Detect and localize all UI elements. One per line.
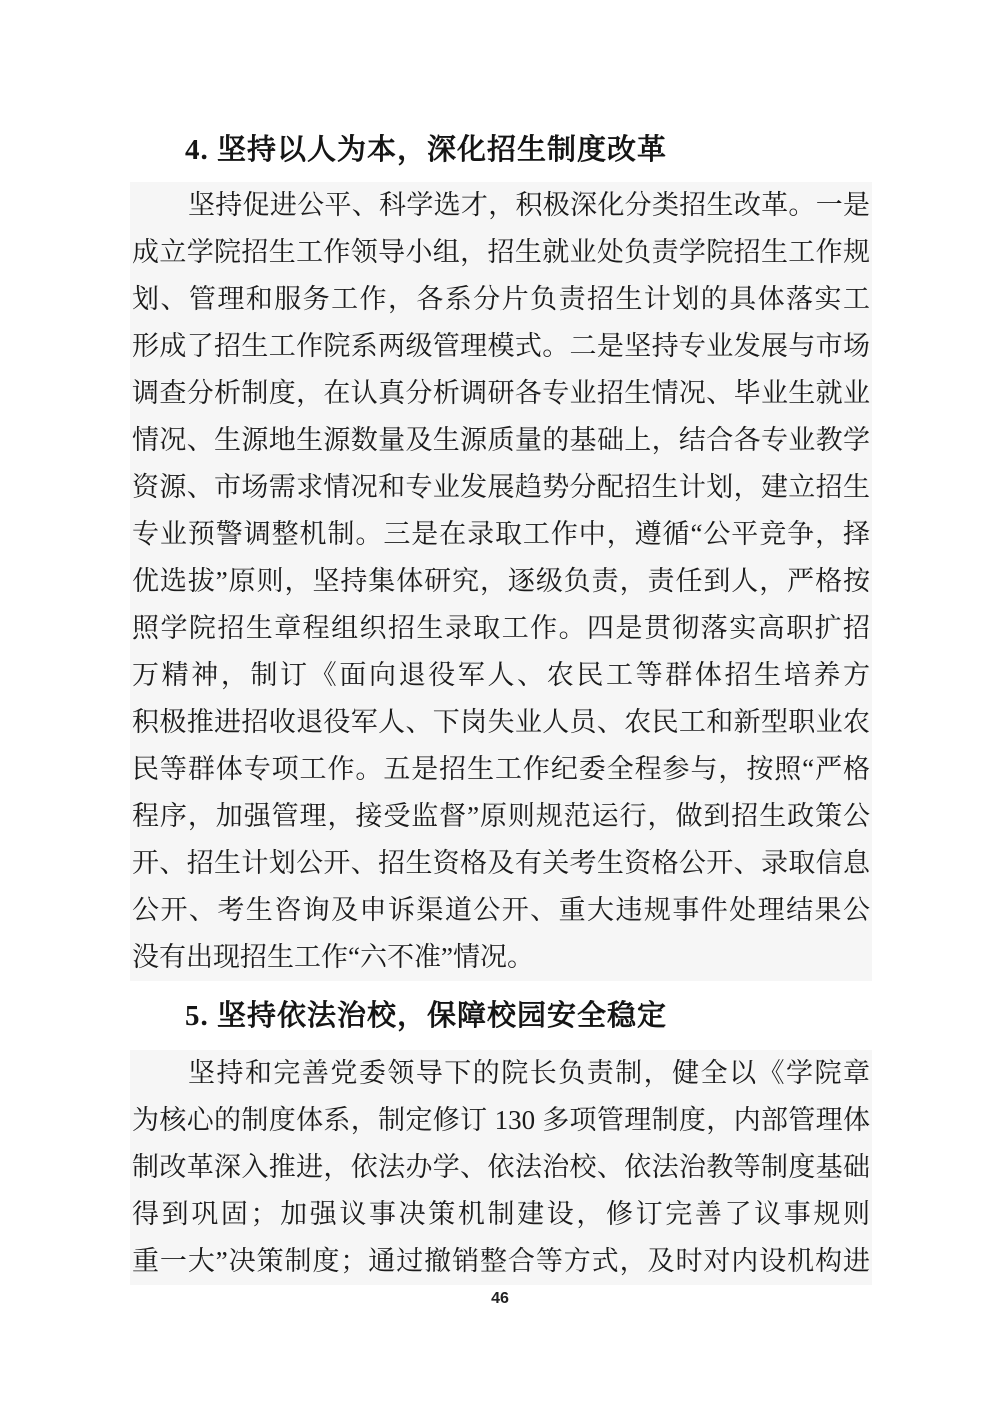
- text-line: 公开、考生咨询及申诉渠道公开、重大违规事件处理结果公开，: [132, 887, 870, 934]
- text-line: 坚持和完善党委领导下的院长负责制，健全以《学院章程》: [132, 1050, 870, 1097]
- text-line: 照学院招生章程组织招生录取工作。四是贯彻落实高职扩招 100: [132, 605, 870, 652]
- text-line: 坚持促进公平、科学选才，积极深化分类招生改革。一是: [132, 182, 870, 229]
- section-heading-5: 5. 坚持依法治校，保障校园安全稳定: [133, 1000, 870, 1032]
- paragraph-block-1: 坚持促进公平、科学选才，积极深化分类招生改革。一是成立学院招生工作领导小组，招生…: [130, 182, 872, 981]
- text-line: 划、管理和服务工作，各系分片负责招生计划的具体落实工作，: [132, 276, 870, 323]
- text-line: 开、招生计划公开、招生资格及有关考生资格公开、录取信息: [132, 840, 870, 887]
- text-line: 优选拔”原则，坚持集体研究，逐级负责，责任到人，严格按: [132, 558, 870, 605]
- document-page: 4. 坚持以人为本，深化招生制度改革 坚持促进公平、科学选才，积极深化分类招生改…: [0, 0, 1000, 1414]
- text-line: 制改革深入推进，依法办学、依法治校、依法治教等制度基础: [132, 1144, 870, 1191]
- text-line: 成立学院招生工作领导小组，招生就业处负责学院招生工作规: [132, 229, 870, 276]
- text-line: 专业预警调整机制。三是在录取工作中，遵循“公平竞争，择: [132, 511, 870, 558]
- text-line: 程序，加强管理，接受监督”原则规范运行，做到招生政策公: [132, 793, 870, 840]
- text-line: 为核心的制度体系，制定修订 130 多项管理制度，内部管理体: [132, 1097, 870, 1144]
- section-heading-4: 4. 坚持以人为本，深化招生制度改革: [133, 134, 870, 166]
- text-line: 形成了招生工作院系两级管理模式。二是坚持专业发展与市场: [132, 323, 870, 370]
- text-line: 资源、市场需求情况和专业发展趋势分配招生计划，建立招生: [132, 464, 870, 511]
- text-line: 得到巩固；加强议事决策机制建设，修订完善了议事规则和“三: [132, 1191, 870, 1238]
- text-line: 调查分析制度，在认真分析调研各专业招生情况、毕业生就业: [132, 370, 870, 417]
- text-line: 没有出现招生工作“六不准”情况。: [132, 934, 870, 981]
- paragraph-block-2: 坚持和完善党委领导下的院长负责制，健全以《学院章程》为核心的制度体系，制定修订 …: [130, 1050, 872, 1285]
- page-number: 46: [0, 1290, 1000, 1308]
- text-line: 万精神，制订《面向退役军人、农民工等群体招生培养方案》，: [132, 652, 870, 699]
- text-line: 重一大”决策制度；通过撤销整合等方式，及时对内设机构进: [132, 1238, 870, 1285]
- text-line: 积极推进招收退役军人、下岗失业人员、农民工和新型职业农: [132, 699, 870, 746]
- text-line: 情况、生源地生源数量及生源质量的基础上，结合各专业教学: [132, 417, 870, 464]
- text-line: 民等群体专项工作。五是招生工作纪委全程参与，按照“严格: [132, 746, 870, 793]
